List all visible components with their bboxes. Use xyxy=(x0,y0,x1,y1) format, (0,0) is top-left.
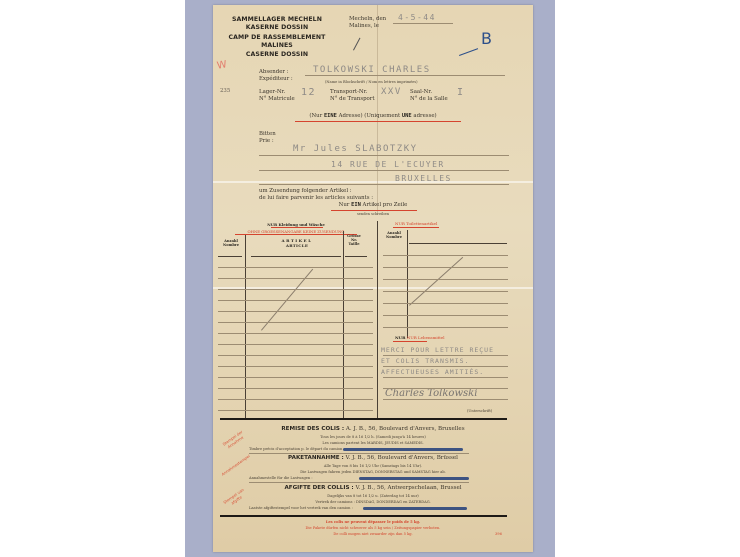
article-rule-ein: EIN xyxy=(351,202,361,208)
sender-line xyxy=(305,75,505,76)
redacted-scribble xyxy=(343,448,463,451)
remise-heading: REMISE DES COLIS : A. J. B., 56, Bouleva… xyxy=(233,426,513,433)
paketannahme-heading: PAKETANNAHME : V. J. B., 56, Boulevard d… xyxy=(233,455,513,462)
date-value: 4-5-44 xyxy=(398,13,436,22)
camp-header-fr-2: MALINES xyxy=(221,42,333,49)
article-rule: Nur EIN Artikel pro Zeile xyxy=(313,202,433,209)
remise-line-3: Timbre précis d'acceptation p. le départ… xyxy=(249,447,345,451)
date-line xyxy=(393,23,453,24)
paper-fold-horizontal xyxy=(213,181,533,183)
address-rule-eine: EINE xyxy=(324,113,337,119)
request-label-de: Bitten xyxy=(259,131,276,138)
col-article-fr: ARTICLE xyxy=(253,243,341,248)
col-qty-fr: Nombre xyxy=(219,243,243,247)
check-mark xyxy=(353,38,360,51)
recipient-city: BRUXELLES xyxy=(395,174,452,183)
red-pencil-mark: W xyxy=(216,59,228,72)
transport-nr-label-de: Transport-Nr. xyxy=(330,89,367,96)
camp-header-fr-1: CAMP DE RASSEMBLEMENT xyxy=(221,34,333,41)
camp-header-de-1: SAMMELLAGER MECHELN xyxy=(221,16,333,23)
address-line-1 xyxy=(259,155,509,156)
form-code: 396 xyxy=(495,532,502,536)
dossin-parcel-request-form: SAMMELLAGER MECHELN KASERNE DOSSIN CAMP … xyxy=(213,5,533,552)
paketannahme-line-3: Annahmestelle für die Lastwagen : xyxy=(249,476,313,480)
afgifte-line-1: Dagelijks van 8 tot 16 1/2 u. (Zaterdag … xyxy=(233,494,513,498)
afgifte-title: AFGIFTE DER COLLIS : xyxy=(284,485,353,491)
signature: Charles Tolkowski xyxy=(385,388,477,399)
clothing-col-divider-1 xyxy=(245,235,246,418)
address-rule-mid: Adresse) (Uniquement xyxy=(337,113,402,119)
remise-line-2: Les camions partent les MARDIS, JEUDIS e… xyxy=(233,441,513,445)
toilet-title-underline xyxy=(393,227,439,228)
remise-address: A. J. B., 56, Boulevard d'Anvers, Bruxel… xyxy=(344,426,465,432)
transport-nr-label-fr: N° de Transport xyxy=(330,96,375,103)
saal-nr-value: I xyxy=(457,87,465,98)
paketannahme-address: V. J. B., 56, Boulevard d'Anvers, Brüsse… xyxy=(344,455,458,461)
footer-line-1: Les colis ne peuvent dépasser le poids d… xyxy=(233,520,513,524)
saal-nr-label-de: Saal-Nr. xyxy=(410,89,432,96)
camp-header-de-2: KASERNE DOSSIN xyxy=(221,24,333,31)
recipient-street: 14 RUE DE L'ECUYER xyxy=(331,160,445,169)
address-rule-pre: (Nur xyxy=(309,113,324,119)
request-label-fr: Prie : xyxy=(259,138,274,145)
shipment-text-de: um Zusendung folgender Artikel : xyxy=(259,188,352,195)
food-title: NUR NUR Lebensmittel xyxy=(395,335,445,340)
clothing-col-article: ARTIKEL ARTICLE xyxy=(253,238,341,248)
address-rule-une: UNE xyxy=(402,113,412,119)
redacted-scribble xyxy=(363,507,467,510)
toilet-title: NUR Toilettenartikel xyxy=(395,221,437,226)
address-line-2 xyxy=(259,170,509,171)
sender-hint: (Name in Blockschrift / Nom en lettres i… xyxy=(325,80,418,84)
paketannahme-rule xyxy=(249,482,469,483)
food-title-text: NUR Lebensmittel xyxy=(407,335,445,340)
paketannahme-line-2: Die Lastwagen fahren jeden DIENSTAG, DON… xyxy=(233,470,513,474)
lager-nr-label-fr: N° Matricule xyxy=(259,96,295,103)
address-rule-underline xyxy=(295,121,461,122)
shipment-text-fr: de lui faire parvenir les articles suiva… xyxy=(259,195,373,202)
message-line-3: AFFECTUEUSES AMITIÉS. xyxy=(381,368,484,376)
address-line-3 xyxy=(259,184,509,185)
clothing-col-divider-2 xyxy=(343,231,344,418)
transport-nr-value: XXV xyxy=(381,87,402,97)
toilet-col-qty: Anzahl Nombre xyxy=(383,231,405,239)
footer-top-rule xyxy=(220,515,507,517)
afgifte-heading: AFGIFTE DER COLLIS : V. J. B., 56, Antwe… xyxy=(233,485,513,492)
main-section-divider xyxy=(377,221,378,419)
col-size-fr: Taille xyxy=(343,242,365,246)
col-size-rule xyxy=(345,256,367,257)
address-rule-post: adresse) xyxy=(412,113,437,119)
saal-nr-label-fr: N° de la Salle xyxy=(410,96,448,103)
message-line-2: ET COLIS TRANSMIS. xyxy=(381,357,469,365)
blue-pen-stroke xyxy=(459,48,478,56)
afgifte-address: V. J. B., 56, Antwerpschelaan, Brussel xyxy=(354,485,462,491)
footer-line-3: De colli mogen niet zwaarder zijn dan 5 … xyxy=(233,532,513,536)
paketannahme-title: PAKETANNAHME : xyxy=(288,455,344,461)
afgifte-line-2: Vertrek der camions : DINSDAG, DONDERDAG… xyxy=(233,500,513,504)
message-line-1: MERCI POUR LETTRE REÇUE xyxy=(381,346,494,354)
place-date-label-fr: Malines, le xyxy=(349,23,379,30)
footer-line-2: Die Pakete dürfen nicht schwerer als 5 k… xyxy=(233,526,513,530)
paketannahme-line-1: Alle Tage von 8 bis 16 1/2 Uhr (Samstags… xyxy=(233,464,513,468)
article-rule-post: Artikel pro Zeile xyxy=(361,202,408,208)
col-qty-rule xyxy=(218,256,242,257)
sender-label-de: Absender : xyxy=(259,69,289,76)
toilet-header-rule xyxy=(409,243,507,244)
sender-name: TOLKOWSKI CHARLES xyxy=(313,65,431,75)
toilet-col-qty-fr: Nombre xyxy=(383,235,405,239)
signature-label: (Unterschrift) xyxy=(467,409,492,413)
remise-line-1: Tous les jours de 8 à 16 1/2 h. (Samedi … xyxy=(233,435,513,439)
remise-title: REMISE DES COLIS : xyxy=(281,426,344,432)
clothing-subtitle-underline xyxy=(235,234,357,235)
clothing-col-size: Grösse Nr. Taille xyxy=(343,234,365,246)
clothing-col-qty: Anzahl Nombre xyxy=(219,239,243,247)
strike-diagonal-toilet xyxy=(409,257,463,306)
sender-label-fr: Expéditeur : xyxy=(259,76,293,83)
redacted-scribble xyxy=(359,477,469,480)
camp-header-fr-3: CASERNE DOSSIN xyxy=(221,51,333,58)
toilet-col-divider xyxy=(407,230,408,338)
remise-rule xyxy=(249,453,469,454)
lager-nr-value: 12 xyxy=(301,87,316,98)
article-rule-pre: Nur xyxy=(339,202,351,208)
lager-nr-label-de: Lager-Nr. xyxy=(259,89,285,96)
afgifte-line-3: Laatste afgiftestempel voor het vertrek … xyxy=(249,506,353,510)
address-rule: (Nur EINE Adresse) (Uniquement UNE adres… xyxy=(273,113,473,120)
place-date-label-de: Mecheln, den xyxy=(349,16,386,23)
corner-mark-b: B xyxy=(481,29,492,48)
col-article-rule xyxy=(251,256,341,257)
food-title-underline xyxy=(393,341,427,342)
table-bottom-rule xyxy=(220,418,507,420)
recipient-name: Mr Jules SLABOTZKY xyxy=(293,144,418,154)
clothing-title-underline xyxy=(271,227,323,228)
margin-number: 235 xyxy=(220,88,230,95)
article-rule-sub: senden schreiben xyxy=(333,212,413,216)
